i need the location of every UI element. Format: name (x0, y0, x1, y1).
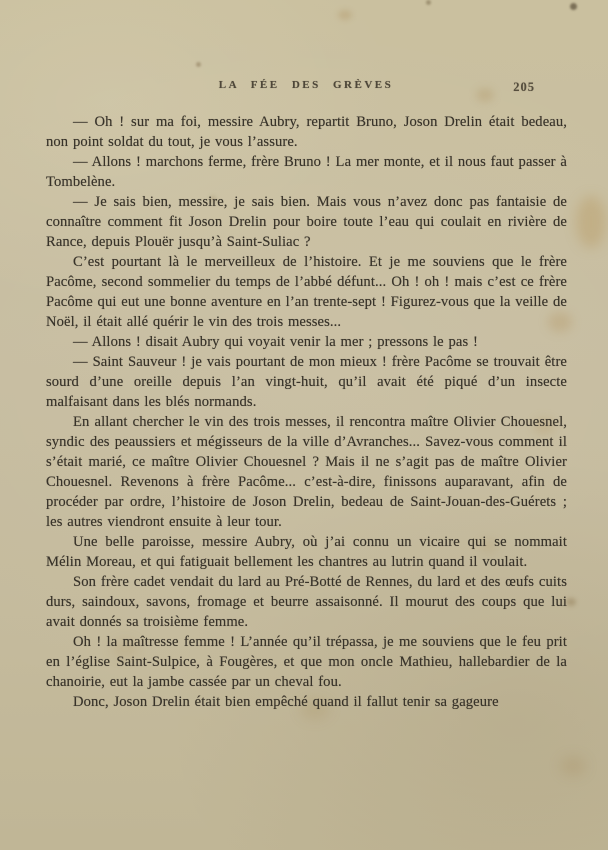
running-title: LA FÉE DES GRÈVES (46, 79, 566, 91)
page-number: 205 (513, 80, 535, 95)
paragraph: — Saint Sauveur ! je vais pourtant de mo… (46, 352, 567, 412)
paragraph: Une belle paroisse, messire Aubry, où j’… (46, 532, 567, 572)
paper-stain (196, 62, 201, 67)
paragraph: Oh ! la maîtresse femme ! L’année qu’il … (46, 632, 567, 692)
paragraph: Donc, Joson Drelin était bien empêché qu… (46, 692, 567, 712)
paragraph: — Oh ! sur ma foi, messire Aubry, repart… (46, 112, 567, 152)
paper-stain (576, 196, 606, 248)
paper-stain (566, 598, 576, 606)
book-page-scan: LA FÉE DES GRÈVES 205 — Oh ! sur ma foi,… (0, 0, 608, 850)
paragraph: Son frère cadet vendait du lard au Pré-B… (46, 572, 567, 632)
paper-stain (570, 3, 577, 10)
running-head: LA FÉE DES GRÈVES 205 (46, 79, 566, 97)
paper-stain (560, 756, 586, 776)
paragraph: — Je sais bien, messire, je sais bien. M… (46, 192, 567, 252)
paper-stain (426, 0, 431, 5)
paragraph: En allant chercher le vin des trois mess… (46, 412, 567, 532)
paragraph: — Allons ! marchons ferme, frère Bruno !… (46, 152, 567, 192)
paper-stain (338, 10, 352, 20)
paragraph: — Allons ! disait Aubry qui voyait venir… (46, 332, 567, 352)
paragraph: C’est pourtant là le merveilleux de l’hi… (46, 252, 567, 332)
body-text: — Oh ! sur ma foi, messire Aubry, repart… (46, 112, 567, 712)
